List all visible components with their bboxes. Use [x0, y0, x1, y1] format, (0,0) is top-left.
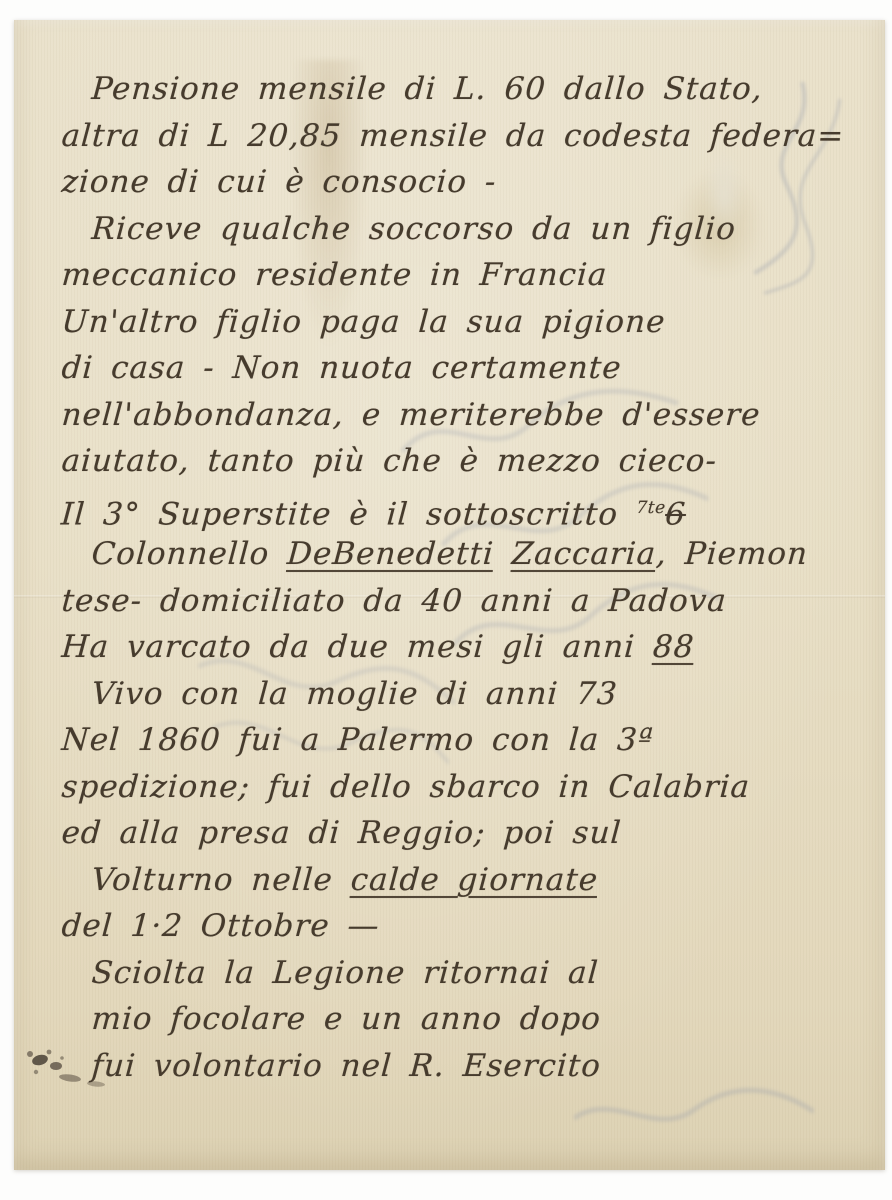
manuscript-segment-underline: DeBenedetti	[286, 536, 495, 572]
manuscript-segment: mio focolare e un anno dopo	[90, 1001, 602, 1037]
manuscript-segment-sup: 7te	[636, 498, 667, 518]
manuscript-line: del 1·2 Ottobre —	[60, 903, 874, 950]
manuscript-segment: Ha varcato da due mesi gli anni	[60, 629, 654, 665]
manuscript-line: aiutato, tanto più che è mezzo cieco-	[60, 438, 874, 485]
manuscript-segment: spedizione; fui dello sbarco in Calabria	[60, 769, 751, 805]
manuscript-segment: fui volontario nel R. Esercito	[90, 1048, 602, 1084]
manuscript-segment: Riceve qualche soccorso da un figlio	[90, 211, 737, 247]
manuscript-line: zione di cui è consocio -	[60, 159, 874, 206]
manuscript-segment: di casa - Non nuota certamente	[60, 350, 623, 386]
manuscript-line: Pensione mensile di L. 60 dallo Stato,	[90, 66, 874, 113]
manuscript-segment: tese- domiciliato da 40 anni a Padova	[60, 583, 728, 619]
manuscript-segment-underline: Zaccaria	[511, 536, 658, 572]
manuscript-segment: Volturno nelle	[90, 862, 352, 898]
manuscript-line: meccanico residente in Francia	[60, 252, 874, 299]
manuscript-line: Un'altro figlio paga la sua pigione	[60, 299, 874, 346]
manuscript-segment: meccanico residente in Francia	[60, 257, 608, 293]
manuscript-segment: aiutato, tanto più che è mezzo cieco-	[60, 443, 718, 479]
manuscript-line: Il 3° Superstite è il sottoscritto 7te6	[60, 485, 874, 532]
manuscript-segment: , Piemon	[655, 536, 809, 572]
scan-background: Pensione mensile di L. 60 dallo Stato,al…	[0, 0, 892, 1200]
manuscript-segment: nell'abbondanza, e meriterebbe d'essere	[60, 397, 761, 433]
manuscript-segment: Vivo con la moglie di anni 73	[90, 676, 619, 712]
manuscript-line: fui volontario nel R. Esercito	[90, 1043, 874, 1090]
manuscript-segment: altra di L 20,85 mensile da codesta fede…	[60, 118, 845, 154]
manuscript-line: Nel 1860 fui a Palermo con la 3ª	[60, 717, 874, 764]
manuscript-segment: ed alla presa di Reggio; poi sul	[60, 815, 622, 851]
manuscript-line: Riceve qualche soccorso da un figlio	[90, 206, 874, 253]
manuscript-segment: Nel 1860 fui a Palermo con la 3ª	[60, 722, 655, 758]
manuscript-segment-strike: 6	[664, 496, 687, 532]
manuscript-line: ed alla presa di Reggio; poi sul	[60, 810, 874, 857]
manuscript-line: Colonnello DeBenedetti Zaccaria, Piemon	[90, 531, 874, 578]
manuscript-segment: zione di cui è consocio -	[60, 164, 497, 200]
manuscript-line: spedizione; fui dello sbarco in Calabria	[60, 764, 874, 811]
manuscript-segment: Un'altro figlio paga la sua pigione	[60, 304, 666, 340]
manuscript-line: Sciolta la Legione ritornai al	[90, 950, 874, 997]
manuscript-line: Ha varcato da due mesi gli anni 88	[60, 624, 874, 671]
manuscript-segment: del 1·2 Ottobre —	[60, 908, 380, 944]
letter-paper: Pensione mensile di L. 60 dallo Stato,al…	[14, 20, 885, 1170]
manuscript-segment-underline: calde giornate	[350, 862, 600, 898]
manuscript-segment: Il 3° Superstite è il sottoscritto	[60, 496, 637, 532]
manuscript-segment: Colonnello	[90, 536, 288, 572]
manuscript-line: tese- domiciliato da 40 anni a Padova	[60, 578, 874, 625]
manuscript-segment: Sciolta la Legione ritornai al	[90, 955, 599, 991]
manuscript-line: di casa - Non nuota certamente	[60, 345, 874, 392]
manuscript-segment-underline: 88	[652, 629, 696, 665]
manuscript-line: mio focolare e un anno dopo	[90, 996, 874, 1043]
manuscript-line: Vivo con la moglie di anni 73	[90, 671, 874, 718]
manuscript-line: Volturno nelle calde giornate	[90, 857, 874, 904]
manuscript-line: nell'abbondanza, e meriterebbe d'essere	[60, 392, 874, 439]
manuscript-text: Pensione mensile di L. 60 dallo Stato,al…	[60, 66, 871, 1089]
manuscript-segment: Pensione mensile di L. 60 dallo Stato,	[90, 71, 764, 107]
manuscript-line: altra di L 20,85 mensile da codesta fede…	[60, 113, 874, 160]
